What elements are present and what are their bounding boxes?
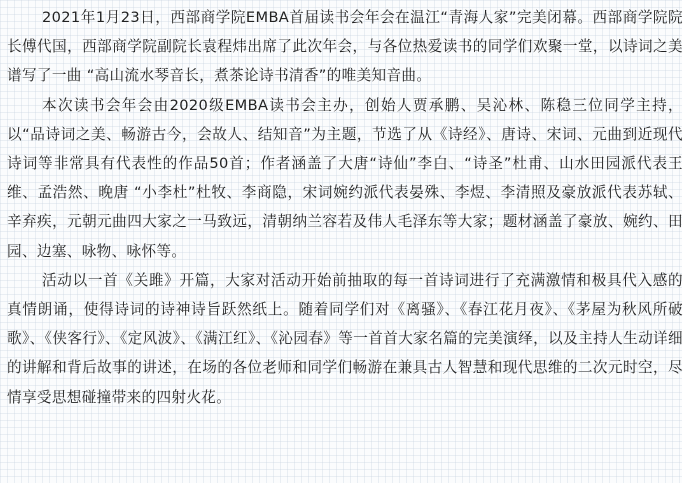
article-body: 2021年1月23日，西部商学院EMBA首届读书会年会在温江“青海人家”完美闭幕… <box>0 0 682 483</box>
paragraph-event-activities: 活动以一首《关雎》开篇，大家对活动开始前抽取的每一首诗词进行了充满激情和极具代入… <box>7 266 683 412</box>
paragraph-event-organization: 本次读书会年会由2020级EMBA读书会主办，创始人贾承鹏、吴沁林、陈稳三位同学… <box>7 91 683 266</box>
paragraph-annual-meeting-intro: 2021年1月23日，西部商学院EMBA首届读书会年会在温江“青海人家”完美闭幕… <box>7 3 683 91</box>
article-content: 2021年1月23日，西部商学院EMBA首届读书会年会在温江“青海人家”完美闭幕… <box>7 3 683 412</box>
